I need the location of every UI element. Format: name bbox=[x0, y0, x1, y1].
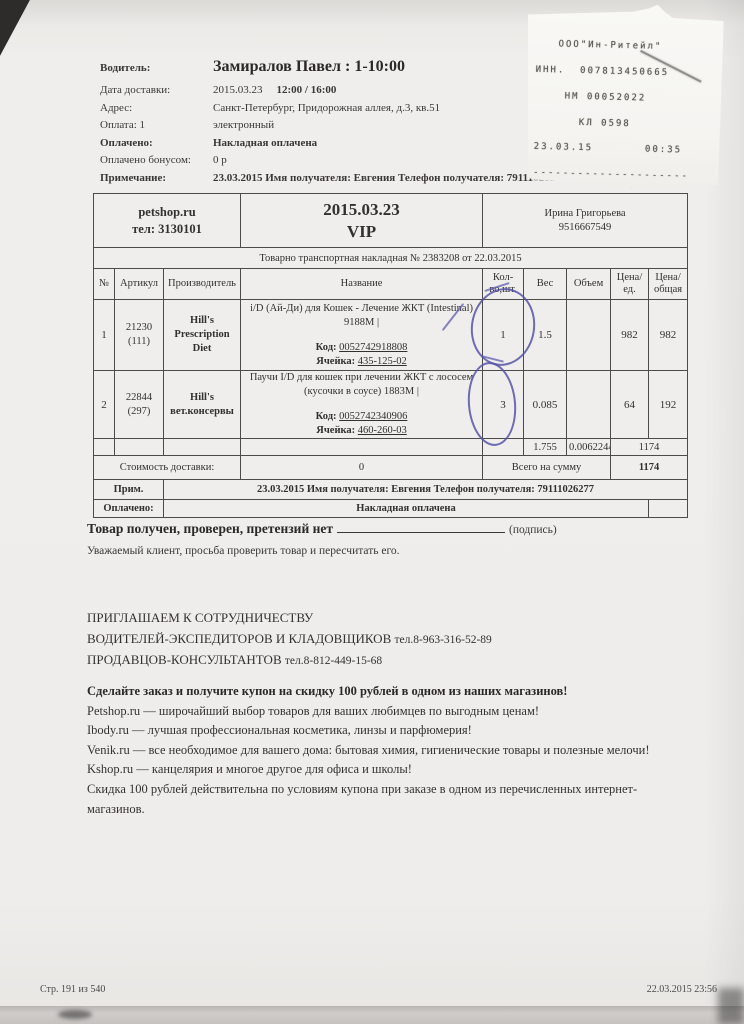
grand-total-label: Всего на сумму bbox=[483, 456, 611, 480]
item2-code: Код: 0052742340906 bbox=[243, 410, 480, 424]
item1-cell: Ячейка: 435-125-02 bbox=[243, 355, 480, 369]
item1-code: Код: 0052742918808 bbox=[243, 341, 480, 355]
driver-value: Замиралов Павел : 1-10:00 bbox=[213, 58, 405, 76]
invoice-date: 2015.03.23 bbox=[243, 199, 480, 221]
invoice-note-row: Прим. 23.03.2015 Имя получателя: Евгения… bbox=[94, 480, 688, 500]
scanner-bed-strip bbox=[0, 1006, 744, 1024]
item-row-2: 2 22844(297) Hill's вет.консервы Паучи I… bbox=[94, 371, 688, 439]
delivery-cost-row: Стоимость доставки: 0 Всего на сумму 117… bbox=[94, 456, 688, 480]
col-price: Цена/ед. bbox=[611, 269, 649, 300]
invoice-note-value: 23.03.2015 Имя получателя: Евгения Телеф… bbox=[164, 480, 688, 500]
vendor-band-row: petshop.ru тел: 3130101 2015.03.23 VIP И… bbox=[94, 194, 688, 248]
recruiting-line-1: ПРИГЛАШАЕМ К СОТРУДНИЧЕСТВУ bbox=[87, 608, 707, 629]
client-cell: Ирина Григорьева 9516667549 bbox=[483, 194, 688, 248]
item2-cell: Ячейка: 460-260-03 bbox=[243, 424, 480, 438]
signature-blank bbox=[337, 520, 505, 533]
invoice-paid-value: Накладная оплачена bbox=[164, 500, 649, 518]
item2-price: 64 bbox=[611, 371, 649, 439]
paid-label: Оплачено: bbox=[100, 137, 213, 149]
note-label: Примечание: bbox=[100, 172, 213, 184]
kind-note: Уважаемый клиент, просьба проверить това… bbox=[87, 541, 667, 562]
totals-empty-2 bbox=[115, 439, 164, 456]
receipt-line: НМ 00052022 bbox=[535, 92, 691, 104]
item2-sku: 22844(297) bbox=[115, 371, 164, 439]
vip-badge: VIP bbox=[243, 221, 480, 243]
promo-headline: Сделайте заказ и получите купон на скидк… bbox=[87, 682, 685, 702]
address-label: Адрес: bbox=[100, 102, 213, 114]
item2-total: 192 bbox=[649, 371, 688, 439]
totals-empty-4 bbox=[241, 439, 483, 456]
signature-hint: (подпись) bbox=[509, 524, 557, 536]
date-value: 2015.03.23 bbox=[213, 84, 263, 96]
item1-volume bbox=[567, 300, 611, 371]
bonus-label: Оплачено бонусом: bbox=[100, 154, 213, 166]
totals-empty-3 bbox=[164, 439, 241, 456]
item2-name: Паучи I/D для кошек при лечении ЖКТ с ло… bbox=[243, 371, 480, 399]
invoice-table: petshop.ru тел: 3130101 2015.03.23 VIP И… bbox=[93, 193, 688, 518]
cash-receipt: ООО"Ин-Ритейл" ИНН. 007813450665 НМ 0005… bbox=[524, 2, 724, 191]
item2-volume bbox=[567, 371, 611, 439]
date-label: Дата доставки: bbox=[100, 84, 213, 96]
totals-weight: 1.755 bbox=[524, 439, 567, 456]
client-phone: 9516667549 bbox=[485, 221, 685, 235]
col-num: № bbox=[94, 269, 115, 300]
signature-block: Товар получен, проверен, претензий нет(п… bbox=[87, 518, 667, 562]
item2-num: 2 bbox=[94, 371, 115, 439]
date-time: 12:00 / 16:00 bbox=[277, 84, 337, 96]
invoice-paid-label: Оплачено: bbox=[94, 500, 164, 518]
item-row-1: 1 21230(111) Hill's Prescription Diet i/… bbox=[94, 300, 688, 371]
waybill-title-row: Товарно транспортная накладная № 2383208… bbox=[94, 248, 688, 269]
receipt-line: КЛ 0598 bbox=[534, 117, 690, 129]
item2-weight: 0.085 bbox=[524, 371, 567, 439]
recruiting-line-3: ПРОДАВЦОВ-КОНСУЛЬТАНТОВ тел.8-812-449-15… bbox=[87, 650, 707, 672]
paid-value: Накладная оплачена bbox=[213, 137, 317, 149]
note-value: 23.03.2015 Имя получателя: Евгения Телеф… bbox=[213, 172, 566, 184]
col-name: Название bbox=[241, 269, 483, 300]
delivery-label: Стоимость доставки: bbox=[94, 456, 241, 480]
col-weight: Вес bbox=[524, 269, 567, 300]
promo-venik: Venik.ru — все необходимое для вашего до… bbox=[87, 741, 685, 761]
item1-name-cell: i/D (Ай-Ди) для Кошек - Лечение ЖКТ (Int… bbox=[241, 300, 483, 371]
promo-block: Сделайте заказ и получите купон на скидк… bbox=[87, 682, 685, 819]
col-maker: Производитель bbox=[164, 269, 241, 300]
receipt-line: ООО"Ин-Ритейл" bbox=[536, 40, 692, 52]
recruiting-line-2: ВОДИТЕЛЕЙ-ЭКСПЕДИТОРОВ И КЛАДОВЩИКОВ тел… bbox=[87, 629, 707, 651]
grand-total-value: 1174 bbox=[611, 456, 688, 480]
item2-name-cell: Паучи I/D для кошек при лечении ЖКТ с ло… bbox=[241, 371, 483, 439]
col-sku: Артикул bbox=[115, 269, 164, 300]
receipt-line: 23.03.15 00:35 bbox=[534, 143, 690, 155]
item2-maker: Hill's вет.консервы bbox=[164, 371, 241, 439]
delivery-value: 0 bbox=[241, 456, 483, 480]
promo-petshop: Petshop.ru — широчайший выбор товаров дл… bbox=[87, 702, 685, 722]
recruiting-block: ПРИГЛАШАЕМ К СОТРУДНИЧЕСТВУ ВОДИТЕЛЕЙ-ЭК… bbox=[87, 608, 707, 672]
shadow-smudge bbox=[58, 1010, 92, 1019]
col-volume: Объем bbox=[567, 269, 611, 300]
bonus-value: 0 р bbox=[213, 154, 227, 166]
vendor-name: petshop.ru bbox=[96, 204, 238, 221]
date-vip-cell: 2015.03.23 VIP bbox=[241, 194, 483, 248]
item1-total: 982 bbox=[649, 300, 688, 371]
vendor-phone: тел: 3130101 bbox=[96, 221, 238, 238]
address-value: Санкт-Петербург, Придорожная аллея, д.3,… bbox=[213, 102, 440, 114]
corner-shadow bbox=[718, 988, 744, 1024]
recruiting-phone-1: тел.8-963-316-52-89 bbox=[395, 634, 492, 646]
client-name: Ирина Григорьева bbox=[485, 207, 685, 221]
driver-label: Водитель: bbox=[100, 62, 213, 74]
item1-num: 1 bbox=[94, 300, 115, 371]
waybill-title: Товарно транспортная накладная № 2383208… bbox=[94, 248, 688, 269]
promo-terms: Скидка 100 рублей действительна по услов… bbox=[87, 780, 685, 819]
promo-ibody: Ibody.ru — лучшая профессиональная косме… bbox=[87, 721, 685, 741]
totals-row: 1.755 0.0062244 1174 bbox=[94, 439, 688, 456]
promo-kshop: Kshop.ru — канцелярия и многое другое дл… bbox=[87, 760, 685, 780]
col-total: Цена/общая bbox=[649, 269, 688, 300]
invoice-paid-row: Оплачено: Накладная оплачена bbox=[94, 500, 688, 518]
invoice-paid-empty bbox=[649, 500, 688, 518]
item1-maker: Hill's Prescription Diet bbox=[164, 300, 241, 371]
payment-value: электронный bbox=[213, 119, 274, 131]
totals-empty-1 bbox=[94, 439, 115, 456]
invoice-note-label: Прим. bbox=[94, 480, 164, 500]
recruiting-phone-2: тел.8-812-449-15-68 bbox=[285, 655, 382, 667]
column-header-row: № Артикул Производитель Название Кол-во,… bbox=[94, 269, 688, 300]
print-datetime: 22.03.2015 23:56 bbox=[647, 984, 717, 995]
page-number: Стр. 191 из 540 bbox=[40, 984, 105, 995]
payment-label: Оплата: 1 bbox=[100, 119, 213, 131]
item1-price: 982 bbox=[611, 300, 649, 371]
receipt-separator: --------------------- bbox=[533, 169, 689, 181]
item1-sku: 21230(111) bbox=[115, 300, 164, 371]
receipt-line: ИНН. 007813450665 bbox=[536, 66, 692, 78]
signature-line: Товар получен, проверен, претензий нет(п… bbox=[87, 518, 667, 541]
vendor-cell: petshop.ru тел: 3130101 bbox=[94, 194, 241, 248]
goods-received-text: Товар получен, проверен, претензий нет bbox=[87, 521, 333, 536]
totals-sum: 1174 bbox=[611, 439, 688, 456]
totals-volume: 0.0062244 bbox=[567, 439, 611, 456]
